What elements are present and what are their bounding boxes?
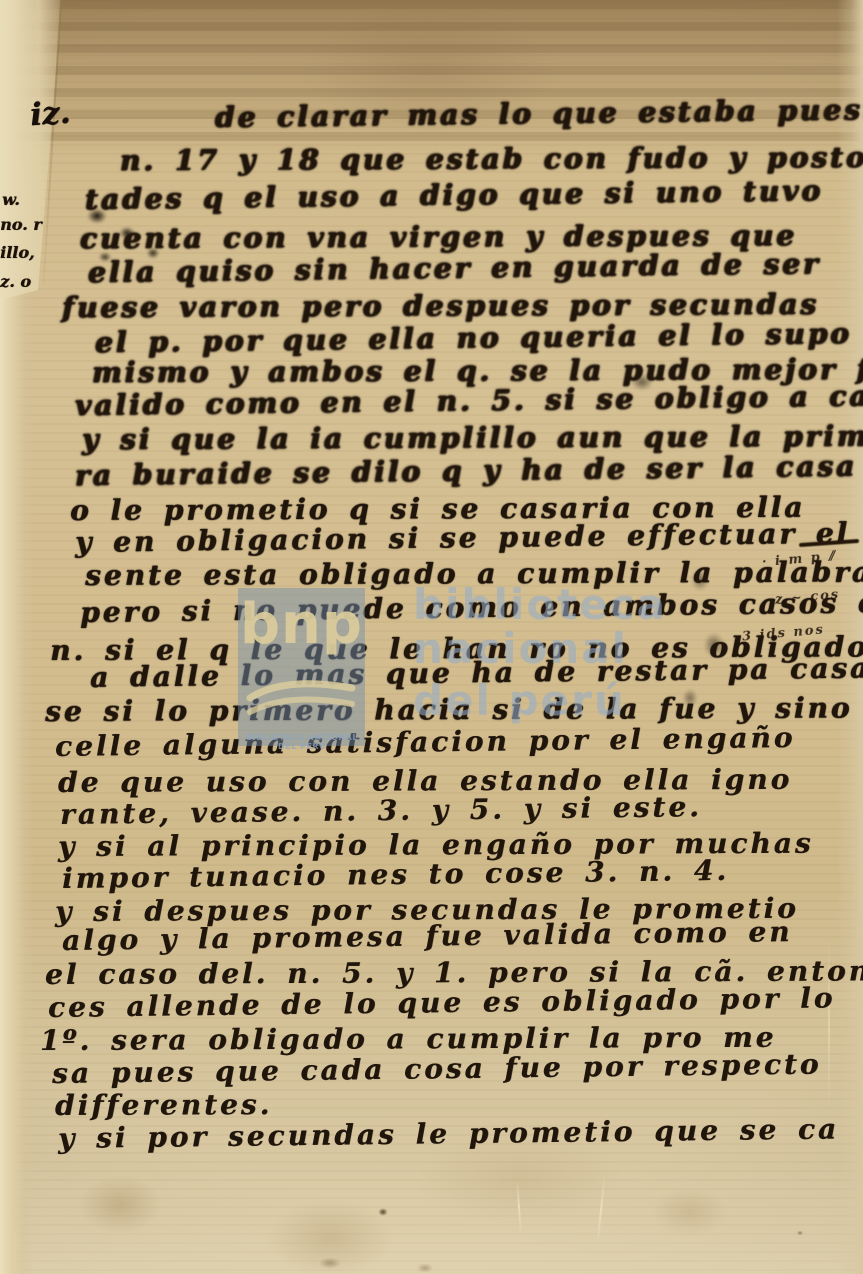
paper-top-shading [0, 0, 863, 150]
margin-note-line: z ~ cos [774, 587, 840, 608]
watermark-caption-line: biblioteca [413, 583, 667, 627]
margin-note-line: 3 ids nos [742, 622, 826, 644]
margin-fragment: z. o [0, 272, 31, 291]
fold-seam [43, 0, 62, 285]
bnp-logo: bnp [238, 588, 365, 746]
manuscript-line: cuenta con vna virgen y despues que [80, 221, 797, 254]
manuscript-line: ra buraide se dilo q y ha de ser la casa [75, 451, 858, 491]
manuscript-line: y si por secundas le prometio que se ca [58, 1114, 839, 1154]
page-left-edge [0, 0, 34, 1274]
watermark-caption-line: del perú [413, 679, 626, 723]
manuscript-line: sa pues que cada cosa fue por respecto [52, 1050, 822, 1089]
top-left-fold [0, 0, 70, 300]
manuscript-line: 1º. sera obligado a cumplir la pro me [40, 1023, 777, 1056]
manuscript-line: ces allende de lo que es obligado por lo [48, 983, 836, 1023]
manuscript-line: n. 17 y 18 que estab con fudo y poston [120, 143, 863, 176]
manuscript-line: fuese varon pero despues por secundas [62, 290, 819, 323]
manuscript-line: rante, vease. n. 3. y 5. y si este. [60, 792, 702, 830]
manuscript-line: y si al principio la engaño por muchas [58, 829, 814, 862]
manuscript-line: algo y la promesa fue valida como en [62, 917, 793, 956]
manuscript-line: se si lo primero hacia si de la fue y si… [45, 693, 863, 727]
manuscript-page: iz. w.no. rillo,z. o de clarar mas lo qu… [0, 0, 863, 1274]
watermark-small-caption: BIBLIOTECA NACIONAL DEL PERÚ [242, 733, 362, 751]
paper-crease [828, 940, 830, 1110]
manuscript-line: y si que la ia cumplillo aun que la prim… [82, 421, 863, 455]
left-margin-fragments: w.no. rillo,z. o [0, 0, 863, 1274]
margin-fragment: no. r [0, 215, 42, 234]
paper-crease [516, 1180, 522, 1235]
manuscript-line: o le prometio q si se casaria con ella [70, 493, 805, 526]
manuscript-line: pero si no puede como en ambos casos el [80, 588, 863, 628]
manuscript-text: de clarar mas lo que estaba pueston. 17 … [0, 0, 863, 1274]
margin-fragment: illo, [0, 243, 34, 262]
manuscript-line: de clarar mas lo que estaba puesto [215, 95, 863, 133]
margin-fragment: w. [2, 190, 20, 209]
watermark-caption: bibliotecanacionaldel perú [0, 0, 863, 1274]
paper-crease [596, 1175, 605, 1245]
manuscript-line: valido como en el n. 5. si se obligo a c… [75, 381, 863, 421]
manuscript-line: y en obligacion si se puede effectuar el… [75, 518, 863, 558]
manuscript-line: n. si el q le que le han ro no es obliga… [50, 632, 863, 666]
manuscript-line: tades q el uso a digo que si uno tuvo [85, 176, 823, 215]
bnp-swoosh-icon [246, 668, 356, 720]
manuscript-line: ella quiso sin hacer en guarda de ser [88, 249, 821, 288]
manuscript-line: de que uso con ella estando ella igno [58, 765, 792, 798]
manuscript-line: celle alguna satisfacion por el engaño [55, 723, 796, 762]
ink-blots [0, 0, 863, 1274]
paper-stains [0, 0, 863, 1274]
manuscript-line: differentes. [55, 1090, 272, 1121]
manuscript-line: sente esta obligado a cumplir la palabra [85, 558, 863, 591]
page-right-edge [837, 0, 863, 1274]
library-watermark: bnp bibliotecanacionaldel perú BIBLIOTEC… [0, 0, 863, 1274]
manuscript-line: el caso del. n. 5. y 1. pero si la cã. e… [45, 956, 863, 990]
manuscript-line: a dalle lo mas que ha de restar pa casar [90, 653, 863, 693]
right-margin-note: · i m p ⫽z ~ cos3 ids nos [0, 0, 863, 1274]
manuscript-line: mismo y ambos el q. se la pudo mejor fue [92, 354, 863, 388]
margin-note-line: · i m p ⫽ [761, 549, 836, 570]
bnp-logo-text: bnp [238, 596, 365, 654]
folio-number: iz. [29, 95, 72, 134]
manuscript-line: impor tunacio nes to cose 3. n. 4. [62, 856, 729, 894]
watermark-caption-line: nacional [413, 627, 628, 671]
manuscript-line: el p. por que ella no queria el lo supo [95, 319, 852, 358]
manuscript-line: y si despues por secundas le prometio [55, 894, 799, 927]
